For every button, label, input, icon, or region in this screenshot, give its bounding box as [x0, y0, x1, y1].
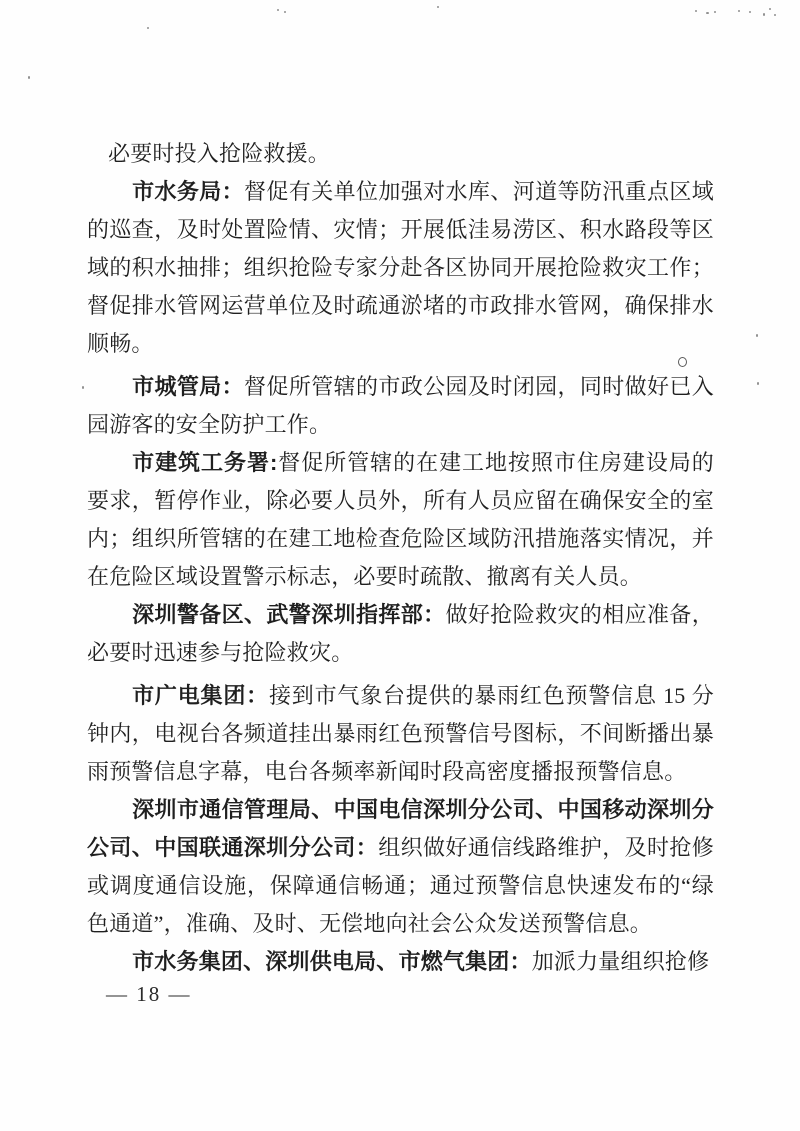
scan-speck [774, 14, 776, 16]
scan-speck [147, 27, 149, 29]
paragraph-text: 必要时投入抢险救援。 [108, 141, 330, 166]
document-body: 必要时投入抢险救援。 市水务局：督促有关单位加强对水库、河道等防汛重点区域的巡查… [87, 135, 714, 981]
scan-speck [284, 11, 286, 13]
paragraph-telecom-operators: 深圳市通信管理局、中国电信深圳分公司、中国移动深圳分公司、中国联通深圳分公司：组… [87, 791, 714, 943]
agency-name: 市城管局： [132, 374, 244, 399]
scan-speck [714, 11, 716, 13]
scan-speck [277, 9, 279, 11]
paragraph-text: 加派力量组织抢修 [532, 949, 710, 974]
paragraph-continuation: 必要时投入抢险救援。 [87, 135, 714, 173]
agency-name: 深圳警备区、武警深圳指挥部： [132, 602, 445, 627]
paragraph-garrison-armed-police: 深圳警备区、武警深圳指挥部：做好抢险救灾的相应准备，必要时迅速参与抢险救灾。 [87, 596, 714, 672]
document-page: 必要时投入抢险救援。 市水务局：督促有关单位加强对水库、河道等防汛重点区域的巡查… [0, 0, 800, 1131]
paragraph-water-affairs-bureau: 市水务局：督促有关单位加强对水库、河道等防汛重点区域的巡查，及时处置险情、灾情；… [87, 173, 714, 363]
scan-speck [695, 10, 697, 12]
scan-speck [28, 76, 30, 79]
paragraph-urban-management-bureau: 市城管局：督促所管辖的市政公园及时闭园，同时做好已入园游客的安全防护工作。 [87, 368, 714, 444]
paragraph-utility-groups: 市水务集团、深圳供电局、市燃气集团：加派力量组织抢修 [87, 943, 714, 981]
agency-name: 市建筑工务署: [132, 450, 277, 475]
scan-speck [763, 13, 765, 16]
scan-speck [738, 10, 740, 12]
scan-speck [757, 382, 759, 385]
agency-name: 市水务集团、深圳供电局、市燃气集团： [132, 949, 532, 974]
scan-speck [706, 12, 709, 14]
scan-speck [769, 8, 771, 10]
agency-name: 市广电集团： [132, 683, 269, 708]
paragraph-media-group: 市广电集团：接到市气象台提供的暴雨红色预警信息 15 分钟内，电视台各频道挂出暴… [87, 677, 714, 791]
page-number: — 18 — [106, 982, 192, 1007]
scan-speck [82, 386, 84, 389]
paragraph-construction-works-bureau: 市建筑工务署:督促所管辖的在建工地按照市住房建设局的要求，暂停作业，除必要人员外… [87, 444, 714, 596]
scan-speck [437, 6, 439, 8]
paragraph-text: 督促有关单位加强对水库、河道等防汛重点区域的巡查，及时处置险情、灾情；开展低洼易… [87, 179, 714, 356]
scan-speck [749, 11, 751, 13]
agency-name: 市水务局： [132, 179, 244, 204]
scan-speck [756, 334, 758, 337]
